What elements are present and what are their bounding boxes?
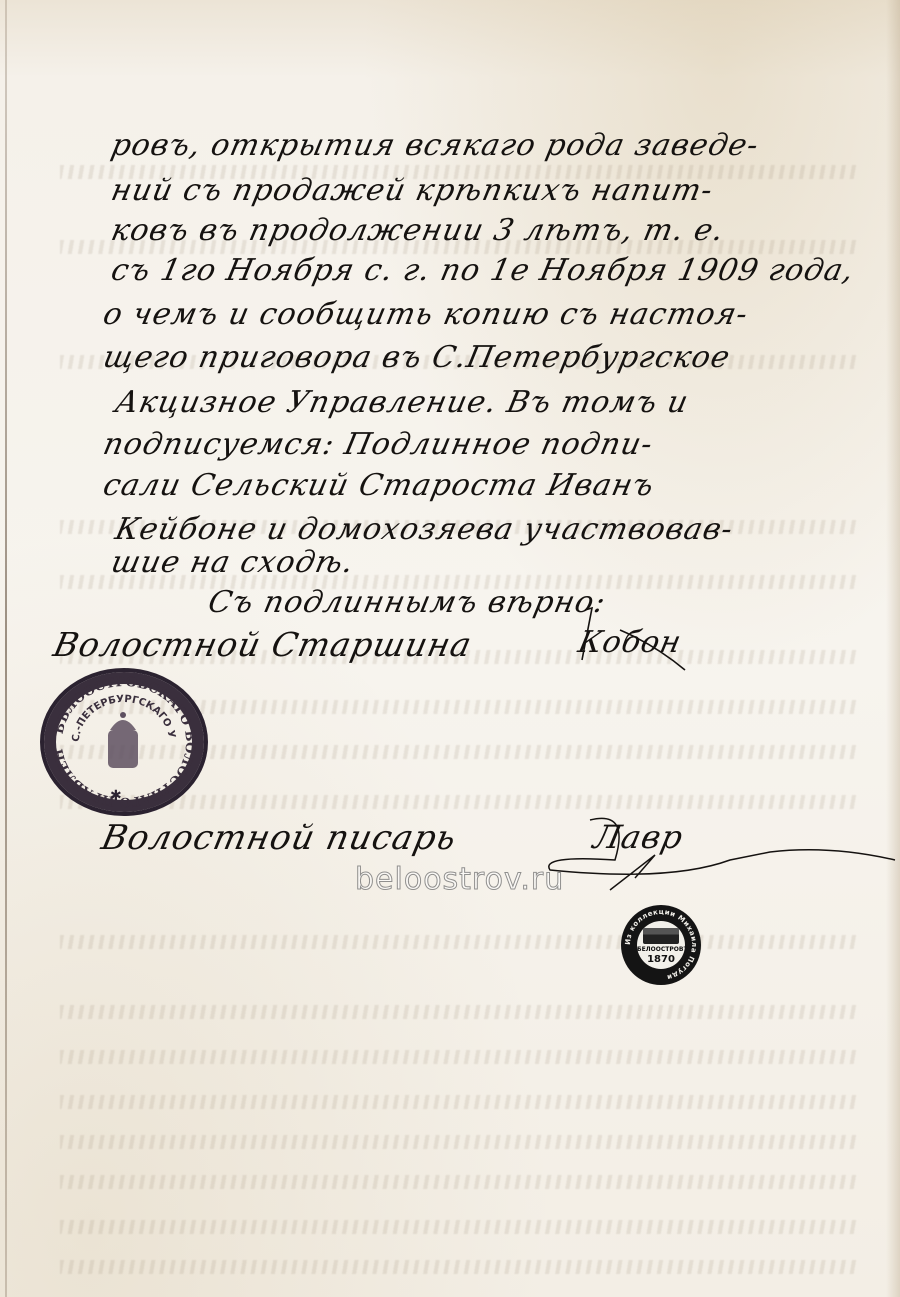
body-line-5: о чемъ и сообщить копию съ настоя- xyxy=(100,297,751,332)
body-line-7: Акцизное Управление. Въ томъ и xyxy=(112,385,692,420)
signature-title-clerk: Волостной писарь xyxy=(98,818,460,858)
bleed-through-line xyxy=(60,1260,860,1274)
bleed-through-line xyxy=(60,1135,860,1149)
locomotive-icon xyxy=(643,928,679,944)
body-line-8: подписуемся: Подлинное подпи- xyxy=(100,427,656,462)
bleed-through-line xyxy=(60,1175,860,1189)
logo-name: БЕЛООСТРОВЪ xyxy=(637,946,685,953)
coat-of-arms-icon xyxy=(108,712,138,768)
logo-center: БЕЛООСТРОВЪ 1870 xyxy=(637,921,685,969)
bleed-through-line xyxy=(60,935,860,949)
body-line-6: щего приговора въ С.Петербургское xyxy=(100,340,734,375)
collection-logo: Из коллекции Михаила Погуди БЕЛООСТРОВЪ … xyxy=(621,905,701,985)
star-icon: ✱ xyxy=(110,788,122,804)
body-line-4: съ 1го Ноября с. г. по 1е Ноября 1909 го… xyxy=(108,253,858,288)
website-watermark: beloostrov.ru xyxy=(355,862,564,897)
paper-left-edge xyxy=(5,0,7,1297)
certification-text: Съ подлиннымъ вѣрно: xyxy=(205,585,609,620)
logo-year: 1870 xyxy=(637,954,685,965)
bleed-through-line xyxy=(60,1005,860,1019)
bleed-through-line xyxy=(60,1095,860,1109)
body-line-9: сали Сельский Староста Иванъ xyxy=(100,468,658,503)
bleed-through-line xyxy=(60,1050,860,1064)
body-line-1: ровъ, открытия всякаго рода заведе- xyxy=(108,128,762,163)
bleed-through-line xyxy=(60,1220,860,1234)
signature-title-elder: Волостной Старшина xyxy=(50,625,476,664)
body-line-10: Кейбоне и домохозяева участвовав- xyxy=(112,512,737,547)
body-line-2: ний съ продажей крѣпкихъ напит- xyxy=(108,173,716,208)
body-line-3: ковъ въ продолжении 3 лѣтъ, т. е. xyxy=(108,213,727,248)
signature-elder-flourish xyxy=(560,600,700,680)
body-line-11: шие на сходѣ. xyxy=(108,545,357,580)
official-round-stamp: БѢЛООСТРОВСКАГО ВОЛОСТНАГО ПРАВЛЕНИЯ С.-… xyxy=(40,668,208,816)
paper-right-edge xyxy=(886,0,900,1297)
